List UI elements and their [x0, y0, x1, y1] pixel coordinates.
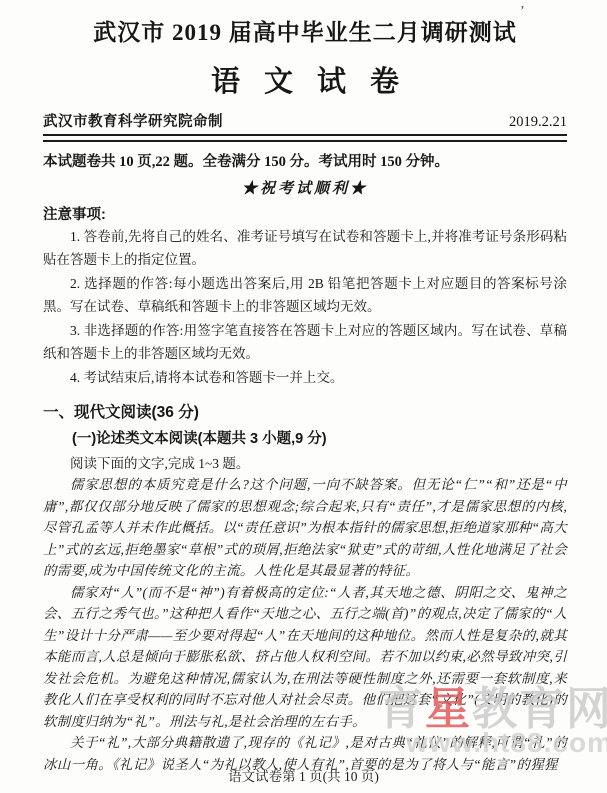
passage-paragraph-1: 儒家思想的本质究竟是什么?这个问题,一向不缺答案。但无论“仁”“和”还是“中庸”…	[43, 474, 567, 582]
exam-info-line: 本试题卷共 10 页,22 题。全卷满分 150 分。考试用时 150 分钟。	[43, 150, 567, 171]
exam-paper-page: ’ 武汉市 2019 届高中毕业生二月调研测试 语文试卷 武汉市教育科学研究院命…	[0, 0, 607, 793]
notice-item-1: 1. 答卷前,先将自己的姓名、准考证号填写在试卷和答题卡上,并将准考证号条形码粘…	[43, 225, 567, 271]
subject-title: 语文试卷	[43, 59, 567, 100]
issuer-label: 武汉市教育科学研究院命制	[43, 110, 223, 131]
page-number-footer: 语文试卷第 1 页(共 10 页)	[0, 765, 607, 785]
exam-title: 武汉市 2019 届高中毕业生二月调研测试	[43, 14, 567, 47]
notice-item-3: 3. 非选择题的作答:用签字笔直接答在答题卡上对应的答题区域内。写在试卷、草稿纸…	[43, 319, 567, 365]
scan-artifact-mark: ’	[520, 4, 525, 20]
passage-paragraph-2: 儒家对“人”(而不是“神”)有着极高的定位:“人者,其天地之德、阴阳之交、鬼神之…	[43, 582, 567, 733]
notice-item-2: 2. 选择题的作答:每小题选出答案后,用 2B 铅笔把答题卡上对应题目的答案标号…	[43, 272, 567, 318]
header-divider	[43, 134, 567, 142]
notice-heading: 注意事项:	[43, 203, 567, 224]
exam-date: 2019.2.21	[509, 114, 567, 131]
blessing-line: ★祝考试顺利★	[43, 177, 567, 198]
reading-instruction: 阅读下面的文字,完成 1~3 题。	[43, 452, 567, 472]
section-heading-modern-reading: 一、现代文阅读(36 分)	[43, 400, 567, 422]
subsection-heading-argumentative-text: (一)论述类文本阅读(本题共 3 小题,9 分)	[43, 427, 567, 448]
issuer-row: 武汉市教育科学研究院命制 2019.2.21	[43, 110, 567, 131]
reading-passage: 儒家思想的本质究竟是什么?这个问题,一向不缺答案。但无论“仁”“和”还是“中庸”…	[43, 474, 567, 775]
notice-item-4: 4. 考试结束后,请将本试卷和答题卡一并上交。	[43, 366, 567, 389]
